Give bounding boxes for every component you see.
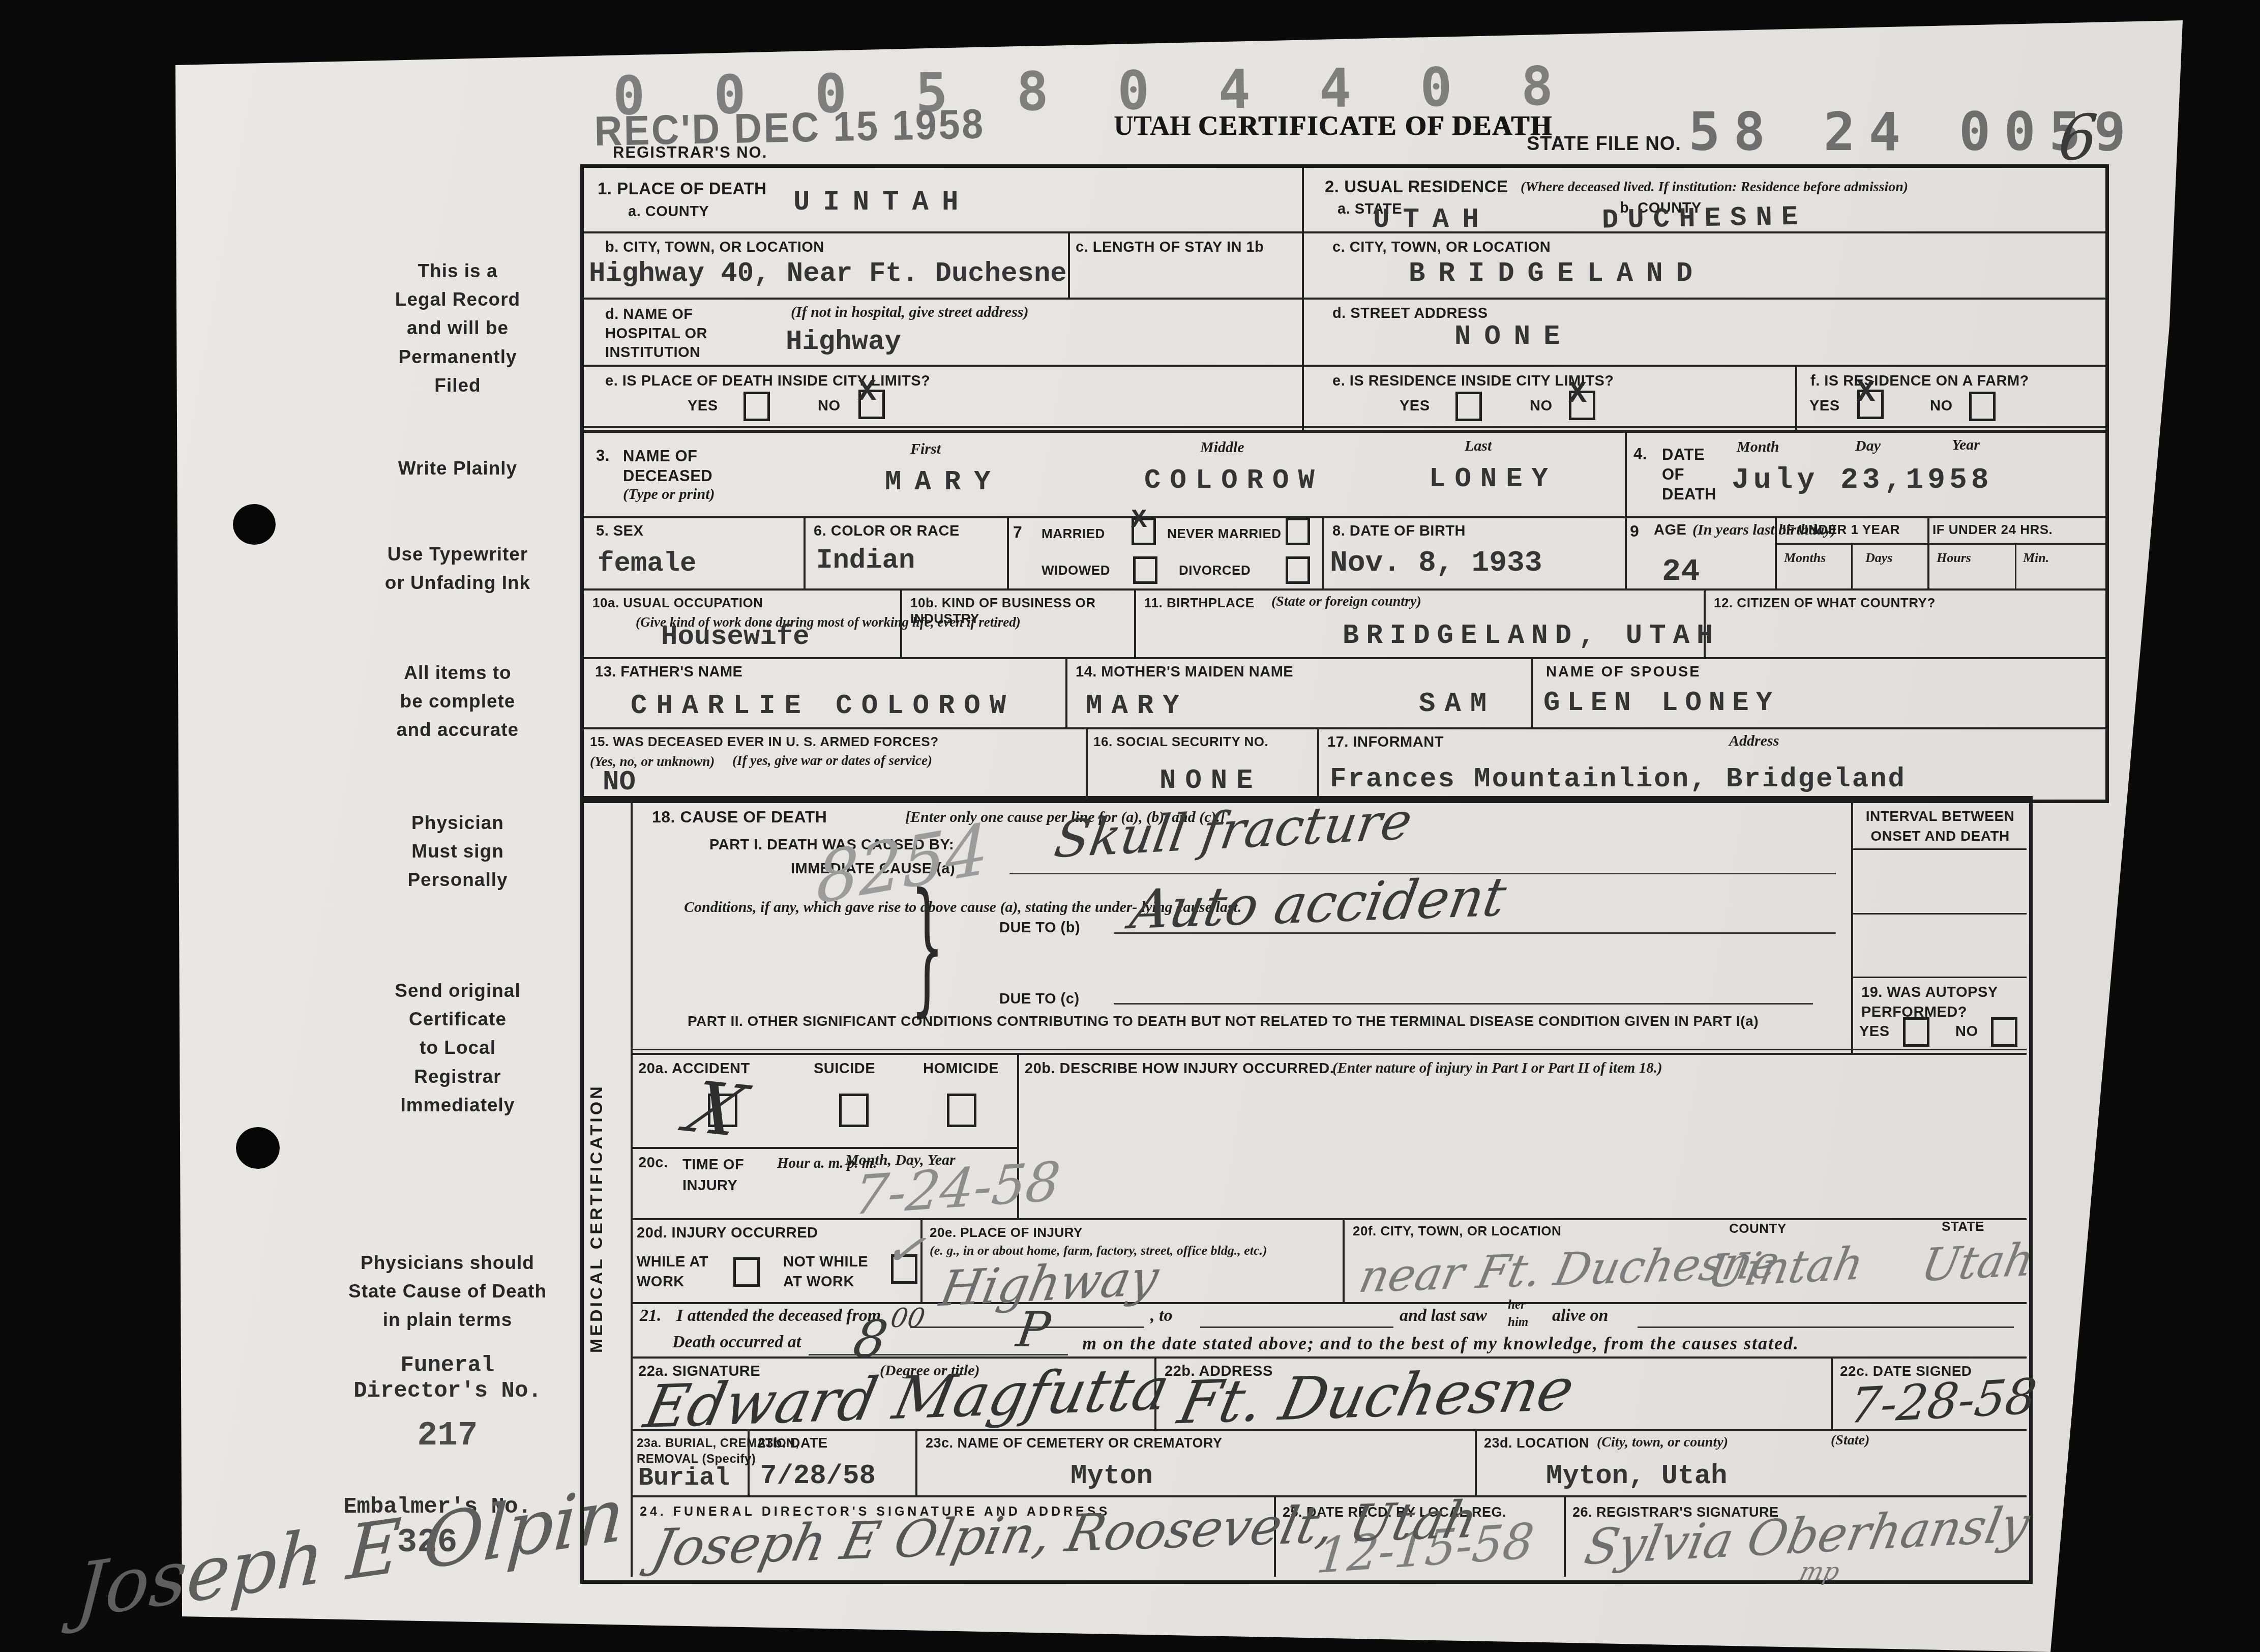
field-7-divorced-checkbox xyxy=(1286,556,1310,584)
field-1e-no-mark: X xyxy=(858,375,876,409)
field-1-number: 1. xyxy=(598,179,612,198)
punch-hole-bottom xyxy=(236,1127,280,1169)
field-5-value: female xyxy=(598,548,696,579)
field-20f-state-pencil: Utah xyxy=(1917,1233,2039,1292)
field-1-title: PLACE OF DEATH xyxy=(617,179,766,198)
field-20a-suicide-label: SUICIDE xyxy=(814,1060,875,1077)
margin-note-typewriter: Use Typewriter or Unfading Ink xyxy=(295,540,620,597)
field-20d-while-checkbox xyxy=(733,1257,760,1287)
field-4-year-label: Year xyxy=(1952,436,1980,454)
field-21-text3: and last saw xyxy=(1400,1306,1487,1325)
field-18-interval-header: INTERVAL BETWEEN ONSET AND DEATH xyxy=(1859,806,2021,846)
field-20b-number: 20b. xyxy=(1025,1060,1055,1077)
margin-note-physician-sign: Physician Must sign Personally xyxy=(295,809,620,895)
funeral-directors-no-label: Funeral Director's No. xyxy=(285,1353,610,1404)
field-1e-yes-label: YES xyxy=(688,398,718,415)
field-2e-yes-checkbox xyxy=(1455,392,1482,421)
scan-canvas: { "hdr":{ "serial":"0 0 0 5 8 0 4 4 0 8"… xyxy=(0,0,2260,1652)
field-22c-date-handwritten: 7-28-58 xyxy=(1847,1368,2040,1434)
field-9-months-label: Months xyxy=(1784,550,1826,566)
field-9-number: 9 xyxy=(1630,522,1639,541)
field-4-value: July 23,1958 xyxy=(1732,464,1993,497)
certificate-title: UTAH CERTIFICATE OF DEATH xyxy=(1114,110,1553,141)
field-2f-yes-label: YES xyxy=(1809,398,1840,415)
field-19-no-label: NO xyxy=(1955,1023,1978,1040)
field-5-label: 5. SEX xyxy=(596,523,643,540)
title-rest: CERTIFICATE OF DEATH xyxy=(1198,110,1553,141)
field-9-title: AGE xyxy=(1654,522,1686,539)
field-9-min-label: Min. xyxy=(2023,550,2049,566)
field-19-yes-checkbox xyxy=(1903,1017,1929,1047)
field-3-last-value: LONEY xyxy=(1429,464,1557,495)
field-1d-value: Highway xyxy=(786,327,901,358)
field-21-her: her xyxy=(1508,1298,1526,1312)
field-23d-label: 23d. LOCATION xyxy=(1484,1435,1589,1451)
field-3-title-note: (Type or print) xyxy=(623,486,715,503)
field-4-day-label: Day xyxy=(1855,437,1881,455)
field-20f-county-label: COUNTY xyxy=(1729,1221,1787,1236)
field-2f-yes-mark: X xyxy=(1857,376,1875,410)
field-1c-label: c. LENGTH OF STAY IN 1b xyxy=(1076,239,1264,256)
field-7-never-married-checkbox xyxy=(1286,518,1310,545)
field-20a-homicide-checkbox xyxy=(947,1094,976,1127)
field-20d-while-label: WHILE AT WORK xyxy=(637,1252,708,1292)
field-8-value: Nov. 8, 1933 xyxy=(1330,547,1542,580)
field-21-text6: m on the date stated above; and to the b… xyxy=(1082,1333,1799,1354)
field-16-value: NONE xyxy=(1159,765,1262,796)
field-23d-note2: (State) xyxy=(1831,1432,1869,1449)
field-9-under24-label: IF UNDER 24 HRS. xyxy=(1932,522,2053,538)
field-20c-number: 20c. xyxy=(638,1155,668,1171)
field-21-text1: I attended the deceased from xyxy=(676,1306,881,1325)
margin-note-send-original: Send original Certificate to Local Regis… xyxy=(295,977,620,1119)
field-21-him: him xyxy=(1508,1315,1528,1330)
field-3-middle-label: Middle xyxy=(1200,439,1244,456)
field-7-widowed-label: WIDOWED xyxy=(1042,563,1110,578)
field-6-label: 6. COLOR OR RACE xyxy=(814,523,960,540)
field-spouse-label: NAME OF SPOUSE xyxy=(1546,664,1701,681)
field-19-label: 19. WAS AUTOPSY PERFORMED? xyxy=(1861,983,1998,1022)
field-17-number: 17. xyxy=(1327,734,1349,750)
punch-hole-top xyxy=(233,504,276,545)
field-3-last-label: Last xyxy=(1465,437,1492,455)
registrars-no-label: REGISTRAR'S NO. xyxy=(613,143,767,162)
field-9-hours-label: Hours xyxy=(1937,550,1971,566)
field-17-address-label: Address xyxy=(1729,732,1779,750)
field-20d-notwhile-label: NOT WHILE AT WORK xyxy=(783,1252,868,1292)
field-19-yes-label: YES xyxy=(1859,1023,1890,1040)
field-21-text5: Death occurred at xyxy=(672,1333,801,1352)
field-2-number: 2. xyxy=(1325,177,1340,196)
field-19-no-checkbox xyxy=(1991,1017,2017,1047)
field-2d-value: NONE xyxy=(1454,321,1573,352)
field-20f-county-pencil: Uintah xyxy=(1704,1237,1868,1298)
field-2c-label: c. CITY, TOWN, OR LOCATION xyxy=(1332,239,1551,256)
field-9-days-label: Days xyxy=(1865,550,1892,566)
field-2f-label: f. IS RESIDENCE ON A FARM? xyxy=(1810,373,2029,390)
field-20a-homicide-label: HOMICIDE xyxy=(923,1060,999,1077)
margin-note-legal-record: This is a Legal Record and will be Perma… xyxy=(295,257,620,400)
field-21-number: 21. xyxy=(640,1306,662,1325)
field-2f-no-checkbox xyxy=(1969,392,1996,421)
field-20d-label: 20d. INJURY OCCURRED xyxy=(637,1225,818,1242)
field-4-month-label: Month xyxy=(1737,438,1779,456)
field-3-title: NAME OF DECEASED xyxy=(623,447,712,486)
field-2d-label: d. STREET ADDRESS xyxy=(1332,305,1488,322)
field-21-text2: , to xyxy=(1150,1306,1172,1325)
field-17-value: Frances Mountainlion, Bridgeland xyxy=(1330,764,1906,795)
field-7-divorced-label: DIVORCED xyxy=(1179,563,1251,578)
field-3-middle-value: COLOROW xyxy=(1144,465,1324,496)
margin-note-complete-accurate: All items to be complete and accurate xyxy=(295,659,620,745)
field-1a-label: a. COUNTY xyxy=(628,203,709,220)
field-20a-number: 20a. xyxy=(638,1060,668,1077)
field-26-initials-pencil: mp xyxy=(1797,1557,1842,1586)
field-8-label: 8. DATE OF BIRTH xyxy=(1332,523,1466,540)
field-1a-value: UINTAH xyxy=(793,187,971,218)
field-18b-label: DUE TO (b) xyxy=(999,920,1080,936)
field-spouse-value: GLEN LONEY xyxy=(1543,688,1779,719)
field-6-value: Indian xyxy=(816,545,915,576)
field-2e-yes-label: YES xyxy=(1400,398,1430,415)
field-20f-state-label: STATE xyxy=(1942,1219,1984,1234)
field-10a-value: Housewife xyxy=(661,622,810,653)
field-13-value: CHARLIE COLOROW xyxy=(631,691,1015,722)
field-20b-note: (Enter nature of injury in Part I or Par… xyxy=(1332,1060,1662,1077)
field-1e-label: e. IS PLACE OF DEATH INSIDE CITY LIMITS? xyxy=(605,373,930,390)
field-1b-value: Highway 40, Near Ft. Duchesne xyxy=(589,258,1067,289)
field-3-first-value: MARY xyxy=(885,467,1004,498)
field-17-title: INFORMANT xyxy=(1353,734,1443,750)
field-7-married-checkbox: X xyxy=(1132,518,1156,545)
field-2b-value: DUCHESNE xyxy=(1601,201,1807,236)
field-15-value: NO xyxy=(603,767,636,798)
field-14-value-first: MARY xyxy=(1086,691,1188,722)
field-7-widowed-checkbox xyxy=(1133,556,1157,584)
field-2a-value: UTAH xyxy=(1373,204,1492,235)
field-21-text4: alive on xyxy=(1552,1306,1608,1325)
field-14-label: 14. MOTHER'S MAIDEN NAME xyxy=(1076,664,1293,681)
margin-note-write-plainly: Write Plainly xyxy=(295,454,620,483)
field-16-label: 16. SOCIAL SECURITY NO. xyxy=(1093,734,1268,750)
field-20d-notwhile-pencil-check: ✓ xyxy=(881,1219,929,1280)
field-15-label: 15. WAS DECEASED EVER IN U. S. ARMED FOR… xyxy=(590,734,939,750)
field-13-label: 13. FATHER'S NAME xyxy=(595,664,742,681)
field-1e-no-label: NO xyxy=(818,398,841,415)
field-1b-label: b. CITY, TOWN, OR LOCATION xyxy=(605,239,824,256)
field-4-number: 4. xyxy=(1633,445,1647,463)
title-state: UTAH xyxy=(1114,110,1191,141)
field-2e-no-mark: X xyxy=(1568,377,1587,411)
field-11-label: 11. BIRTHPLACE xyxy=(1144,595,1255,611)
margin-note-plain-terms: Physicians should State Cause of Death i… xyxy=(285,1249,610,1335)
field-9-value: 24 xyxy=(1662,553,1700,589)
field-11-note: (State or foreign country) xyxy=(1271,594,1421,610)
field-4-title: DATE OF DEATH xyxy=(1662,445,1716,504)
field-2f-yes-checkbox: X xyxy=(1857,390,1884,419)
field-12-label: 12. CITIZEN OF WHAT COUNTRY? xyxy=(1714,595,1936,611)
field-3-first-label: First xyxy=(910,440,941,458)
funeral-directors-no-value: 217 xyxy=(285,1417,610,1455)
field-23d-note1: (City, town, or county) xyxy=(1597,1434,1728,1451)
field-10b-label: 10b. KIND OF BUSINESS OR INDUSTRY xyxy=(910,595,1124,627)
field-18c-label: DUE TO (c) xyxy=(999,991,1080,1008)
field-20c-title: TIME OF INJURY xyxy=(682,1155,744,1196)
field-2-title-note: (Where deceased lived. If institution: R… xyxy=(1521,179,1908,195)
field-23b-label: 23b. DATE xyxy=(758,1435,828,1451)
field-20e-label: 20e. PLACE OF INJURY xyxy=(930,1225,1083,1241)
field-18-brace: } xyxy=(910,863,944,1030)
field-22b-address-handwritten: Ft. Duchesne xyxy=(1173,1355,1580,1437)
field-18-title: CAUSE OF DEATH xyxy=(680,808,827,826)
field-18-part2-label: PART II. OTHER SIGNIFICANT CONDITIONS CO… xyxy=(688,1013,1759,1029)
state-file-no-label: STATE FILE NO. xyxy=(1527,133,1681,155)
field-23c-label: 23c. NAME OF CEMETERY OR CREMATORY xyxy=(926,1435,1223,1451)
field-23a-value: Burial xyxy=(638,1464,730,1493)
field-2-title: USUAL RESIDENCE xyxy=(1344,177,1508,196)
field-11-value: BRIDGELAND, UTAH xyxy=(1343,621,1720,652)
field-3-number: 3. xyxy=(596,447,610,464)
field-14-value-last: SAM xyxy=(1419,689,1496,720)
medical-certification-side-label: MEDICAL CERTIFICATION xyxy=(587,824,607,1353)
field-7-number: 7 xyxy=(1013,523,1022,542)
field-1e-no-checkbox: X xyxy=(858,390,885,419)
field-20b-title: DESCRIBE HOW INJURY OCCURRED. xyxy=(1060,1060,1334,1077)
field-23c-value: Myton xyxy=(1070,1461,1153,1492)
field-23d-value: Myton, Utah xyxy=(1546,1461,1727,1492)
field-2c-value: BRIDGELAND xyxy=(1409,258,1706,289)
field-15-note2: (If yes, give war or dates of service) xyxy=(732,753,932,769)
field-7-married-mark: X xyxy=(1131,505,1147,535)
field-7-never-married-label: NEVER MARRIED xyxy=(1167,526,1282,542)
field-2e-no-label: NO xyxy=(1530,398,1553,415)
field-21-time-minutes-handwritten: 00 xyxy=(888,1303,928,1334)
field-1d-label: d. NAME OF HOSPITAL OR INSTITUTION xyxy=(605,305,707,363)
field-2f-no-label: NO xyxy=(1930,398,1953,415)
field-23b-value: 7/28/58 xyxy=(760,1461,876,1492)
field-9-under1yr-label: IF UNDER 1 YEAR xyxy=(1782,522,1900,538)
field-7-married-label: MARRIED xyxy=(1042,526,1105,542)
field-1d-note: (If not in hospital, give street address… xyxy=(791,304,1029,321)
field-2e-no-checkbox: X xyxy=(1569,391,1595,420)
field-18-number: 18. xyxy=(652,808,675,826)
field-1e-yes-checkbox xyxy=(744,392,770,421)
field-10a-label: 10a. USUAL OCCUPATION xyxy=(592,595,763,611)
field-20a-suicide-checkbox xyxy=(839,1094,869,1127)
field-20f-label: 20f. CITY, TOWN, OR LOCATION xyxy=(1353,1223,1561,1239)
